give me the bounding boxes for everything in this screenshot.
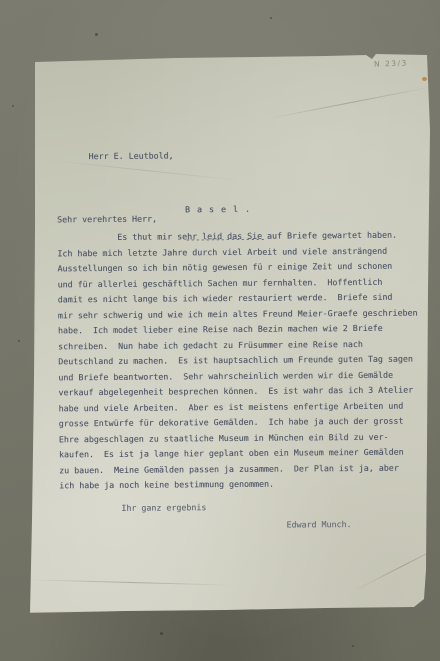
typewritten-text-layer: Herr E. Leutbold, B a s e l . ----------… [24,48,436,616]
photo-scene: N 23/3 Herr E. Leutbold, B a s e l . ---… [0,0,440,661]
closing-line: Ihr ganz ergebnis [121,502,206,513]
letter-body-line: ich habe ja noch keine bestimmung genomm… [59,476,419,494]
dust-speck [160,632,163,635]
recipient-line: Herr E. Leutbold, [89,150,174,161]
salutation-line: Sehr verehrtes Herr, [57,214,157,225]
letter-body: Es thut mir sehr leid das Sie auf Briefe… [57,228,419,494]
letter-paper: N 23/3 Herr E. Leutbold, B a s e l . ---… [26,50,434,615]
dust-speck [352,645,354,647]
dust-speck [270,17,272,19]
place-name: B a s e l . [185,204,265,215]
letter-body-line: zu bauen. Meine Gemälden passen ja zusam… [59,460,419,478]
dust-speck [12,105,14,107]
dust-speck [95,33,98,36]
signature-line: Edward Munch. [286,519,351,530]
dust-speck [18,340,20,342]
letter-body-line: habe. Ich modet lieber eine Reise nach B… [58,321,418,339]
